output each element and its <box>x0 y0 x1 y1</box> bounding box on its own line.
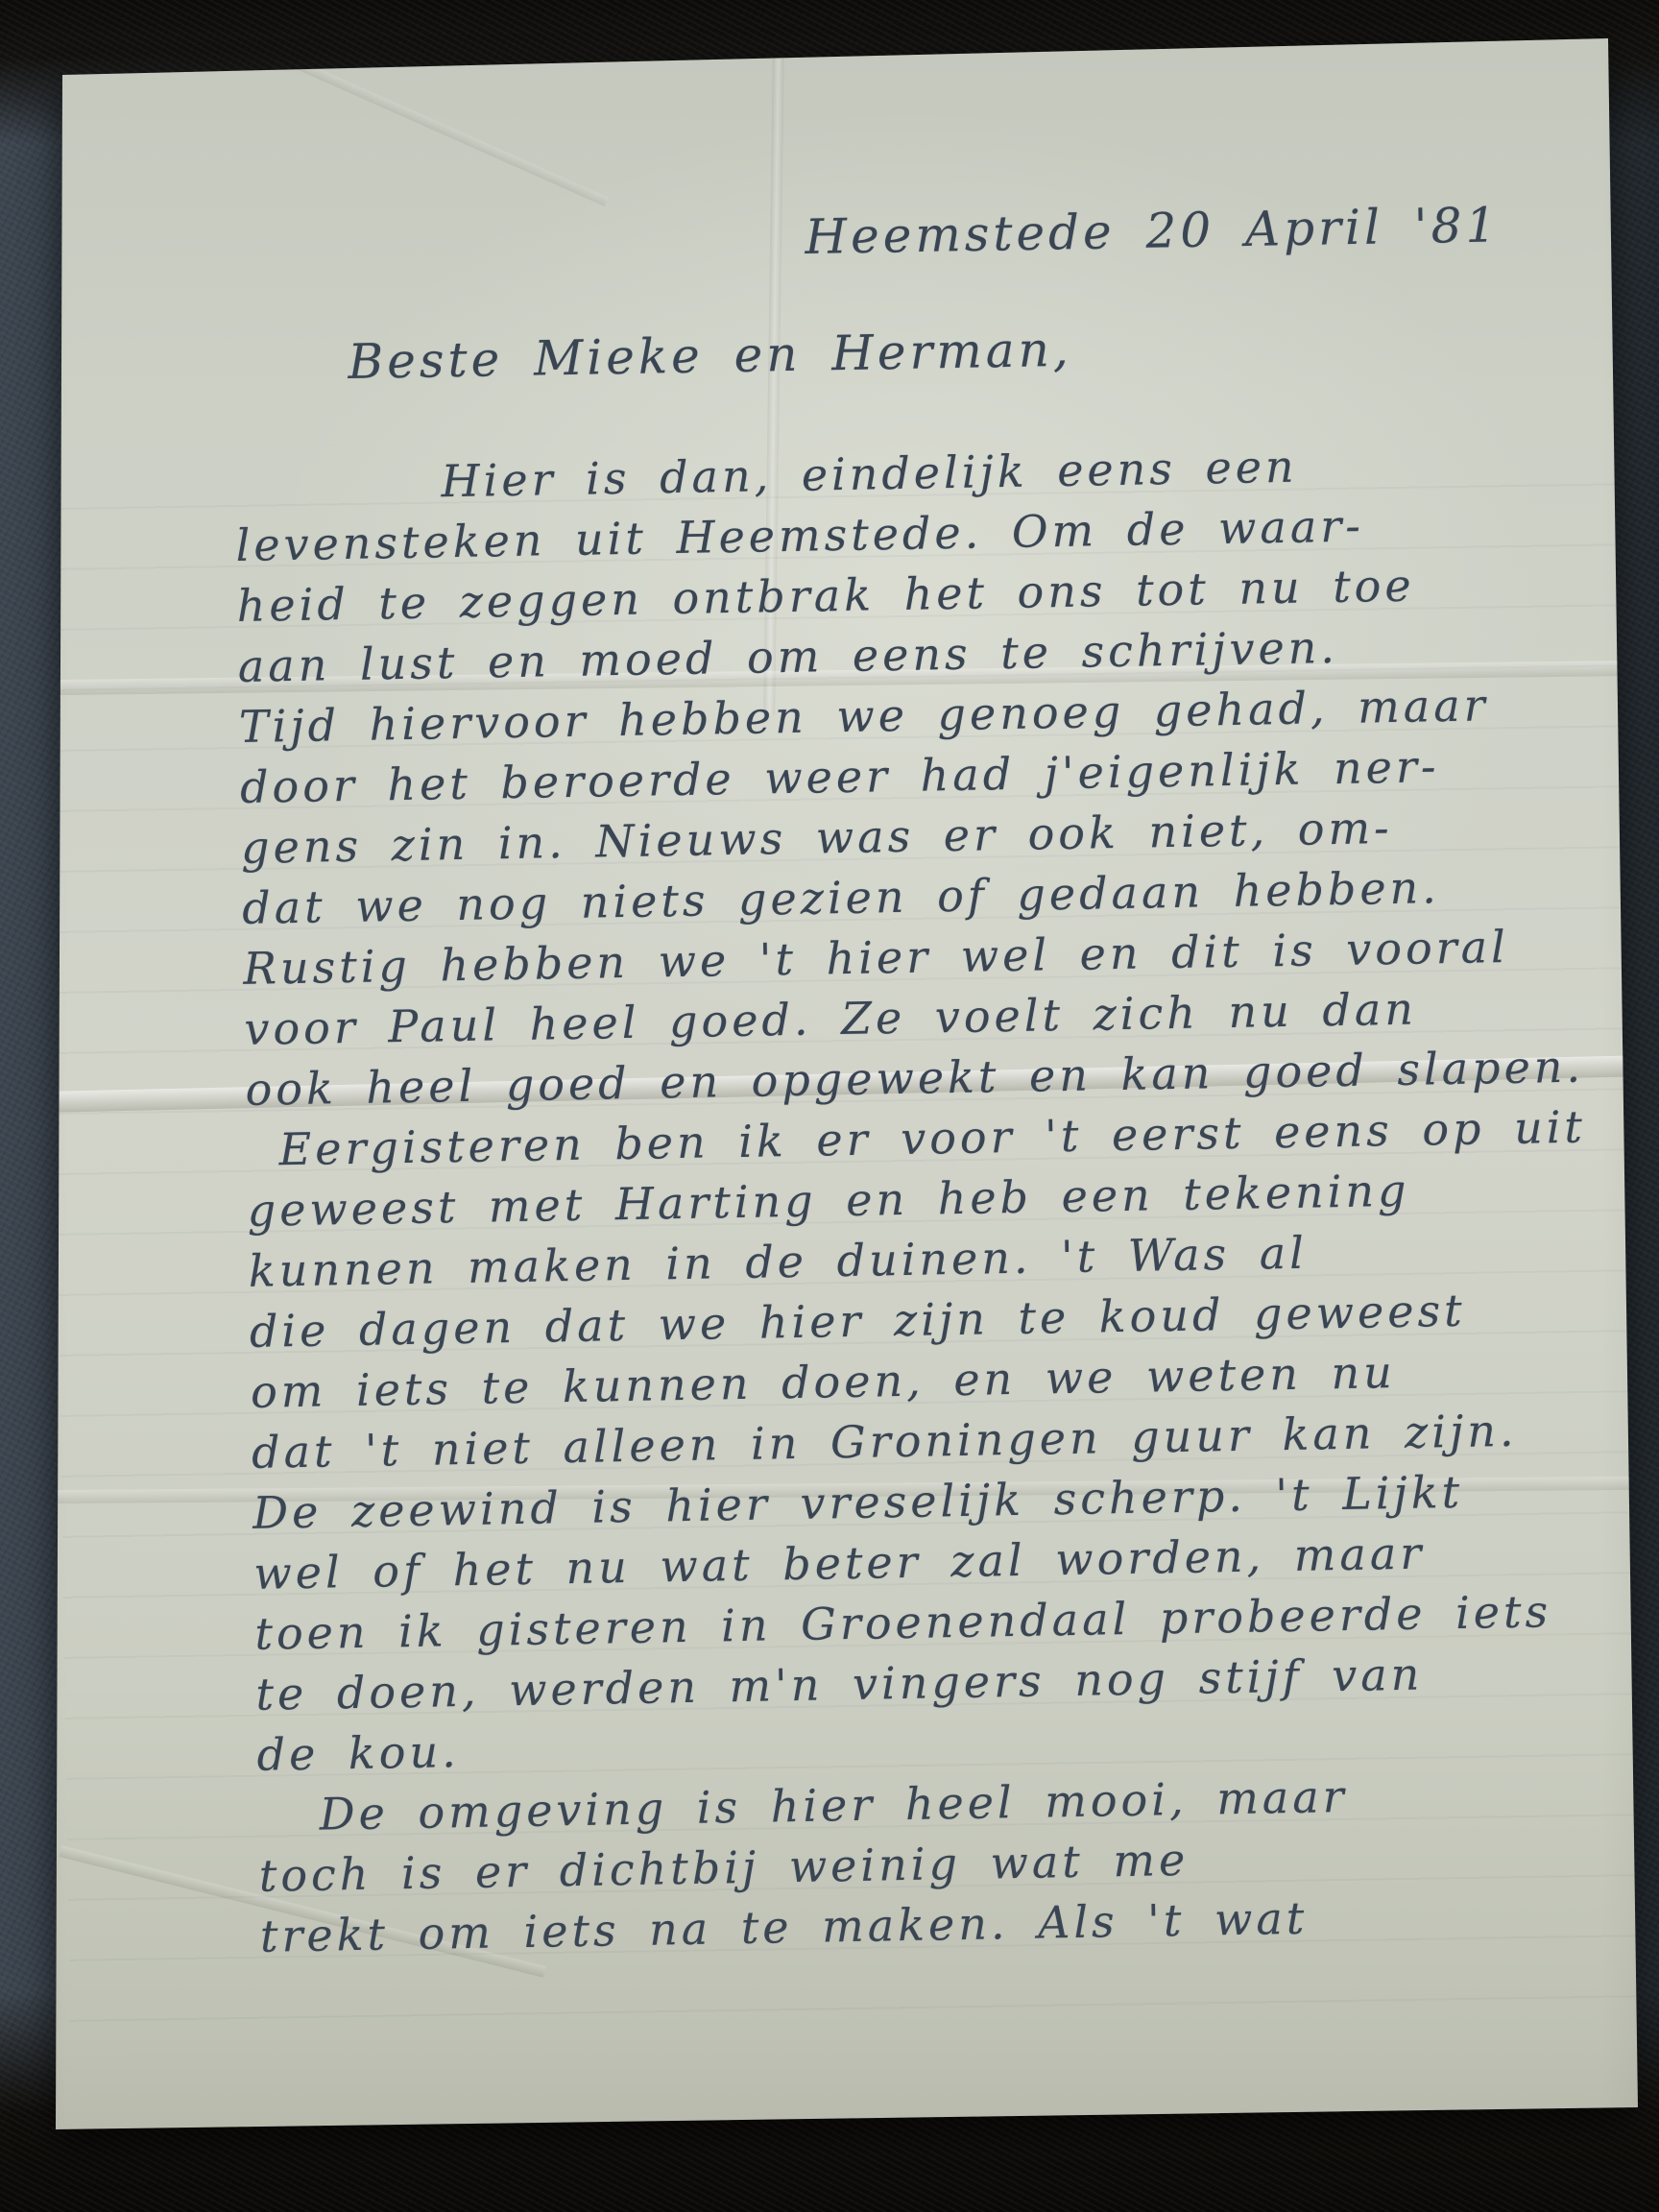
letter-photo: Heemstede 20 April '81 Beste Mieke en He… <box>0 0 1659 2212</box>
salutation: Beste Mieke en Herman, <box>348 322 1072 390</box>
letter-body: Hier is dan, eindelijk eens een levenste… <box>234 432 1600 1967</box>
wrinkle-top-left <box>236 34 609 206</box>
paper-wrapper: Heemstede 20 April '81 Beste Mieke en He… <box>0 0 1659 2212</box>
letter-paper: Heemstede 20 April '81 Beste Mieke en He… <box>0 0 1659 2212</box>
date-line: Heemstede 20 April '81 <box>805 197 1501 265</box>
